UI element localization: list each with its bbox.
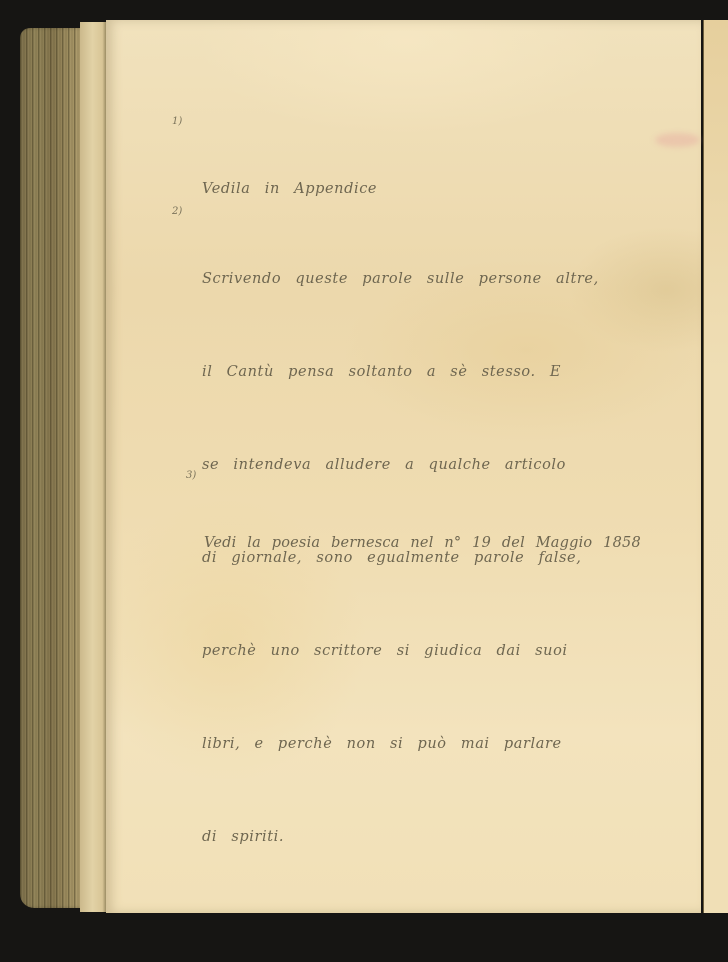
note-2-line-2: il Cantù pensa soltanto a sè stesso. E (202, 357, 599, 388)
note-2-line-1: Scrivendo queste parole sulle persone al… (202, 264, 599, 295)
note-2-line-5: perchè uno scrittore si giudica dai suoi (202, 636, 599, 667)
page-gutter (80, 22, 108, 912)
book-fore-edge (20, 28, 84, 908)
note-2-line-6: libri, e perchè non si può mai parlare (202, 729, 599, 760)
manuscript-page: 1) Vedila in Appendice 2) Scrivendo ques… (106, 20, 701, 913)
note-2-number: 2) (172, 206, 182, 217)
note-3-text: Vedi la poesia bernesca nel n° 19 del Ma… (204, 466, 641, 621)
note-1-line: Vedila in Appendice (202, 174, 377, 205)
paper-stain (655, 133, 700, 147)
note-2-line-7: di spiriti. (202, 822, 599, 853)
note-1-number: 1) (172, 116, 182, 127)
manuscript-scan: 1) Vedila in Appendice 2) Scrivendo ques… (0, 0, 728, 962)
note-3-number: 3) (186, 470, 196, 481)
facing-page-edge (703, 20, 728, 913)
note-3-line: Vedi la poesia bernesca nel n° 19 del Ma… (204, 528, 641, 559)
